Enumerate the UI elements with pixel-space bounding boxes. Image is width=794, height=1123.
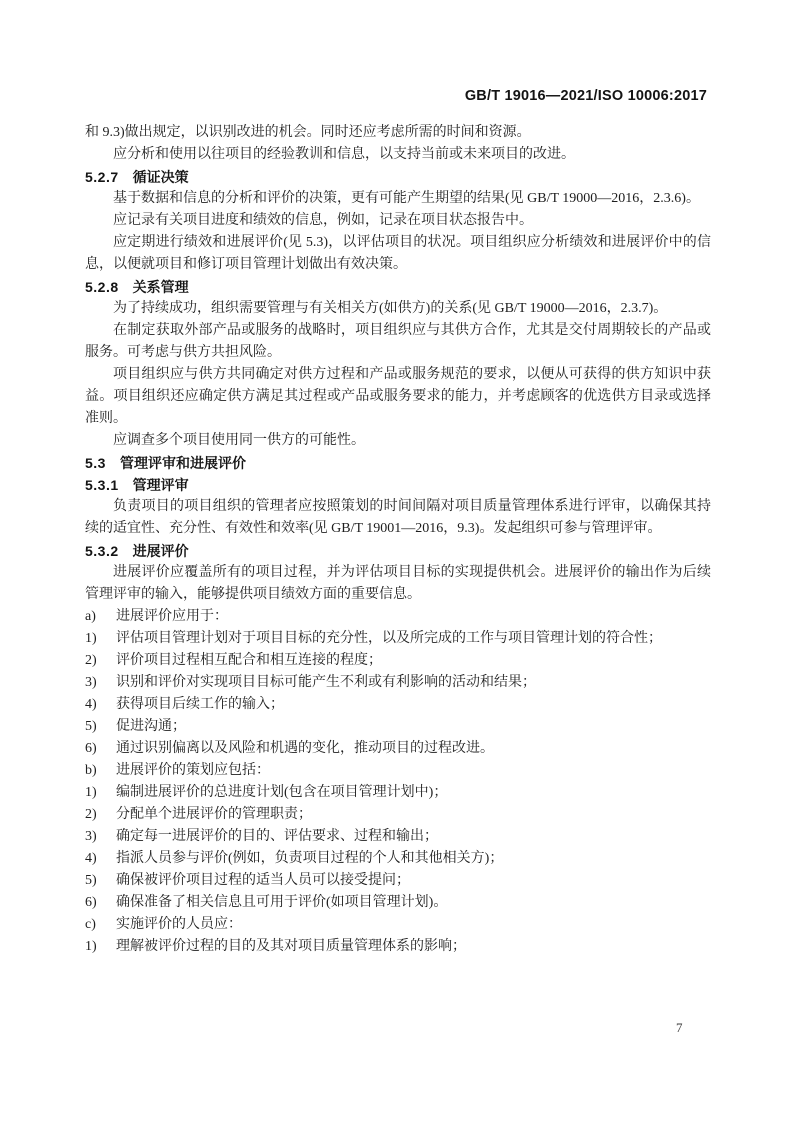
list-item-label: 5)	[85, 716, 106, 738]
list-item-number: 1)编制进展评价的总进度计划(包含在项目管理计划中)；	[85, 782, 711, 804]
list-item-label: 4)	[85, 848, 106, 870]
section-heading: 5.2.7循证决策	[85, 166, 711, 188]
document-page: GB/T 19016—2021/ISO 10006:2017 和 9.3)做出规…	[0, 0, 794, 1123]
body-paragraph: 进展评价应覆盖所有的项目过程，并为评估项目目标的实现提供机会。进展评价的输出作为…	[85, 562, 711, 606]
list-item-number: 5)促进沟通；	[85, 716, 711, 738]
body-paragraph: 基于数据和信息的分析和评价的决策，更有可能产生期望的结果(见 GB/T 1900…	[85, 188, 711, 210]
list-item-text: 实施评价的人员应：	[116, 917, 242, 932]
list-item-text: 指派人员参与评价(例如，负责项目过程的个人和其他相关方)；	[116, 851, 503, 866]
list-item-text: 分配单个进展评价的管理职责；	[116, 807, 312, 822]
list-item-number: 3)确定每一进展评价的目的、评估要求、过程和输出；	[85, 826, 711, 848]
list-item-letter: a)进展评价应用于：	[85, 606, 711, 628]
body-paragraph: 应分析和使用以往项目的经验教训和信息，以支持当前或未来项目的改进。	[85, 144, 711, 166]
section-title: 管理评审	[133, 477, 189, 493]
list-item-text: 获得项目后续工作的输入；	[116, 697, 284, 712]
body-paragraph: 和 9.3)做出规定，以识别改进的机会。同时还应考虑所需的时间和资源。	[85, 122, 711, 144]
section-heading: 5.3管理评审和进展评价	[85, 452, 711, 474]
list-item-number: 1)理解被评价过程的目的及其对项目质量管理体系的影响；	[85, 936, 711, 958]
section-number: 5.3	[85, 455, 106, 471]
section-heading: 5.3.2进展评价	[85, 540, 711, 562]
list-item-label: a)	[85, 606, 106, 628]
list-item-label: 1)	[85, 782, 106, 804]
list-item-text: 评估项目管理计划对于项目目标的充分性，以及所完成的工作与项目管理计划的符合性；	[116, 631, 662, 646]
list-item-text: 确保被评价项目过程的适当人员可以接受提问；	[116, 873, 410, 888]
section-number: 5.2.8	[85, 279, 119, 295]
list-item-label: 4)	[85, 694, 106, 716]
section-title: 进展评价	[133, 543, 189, 559]
list-item-label: 6)	[85, 892, 106, 914]
list-item-number: 5)确保被评价项目过程的适当人员可以接受提问；	[85, 870, 711, 892]
list-item-number: 2)评价项目过程相互配合和相互连接的程度；	[85, 650, 711, 672]
list-item-text: 确保准备了相关信息且可用于评价(如项目管理计划)。	[116, 895, 447, 910]
section-title: 循证决策	[133, 169, 189, 185]
list-item-label: c)	[85, 914, 106, 936]
body-paragraph: 在制定获取外部产品或服务的战略时，项目组织应与其供方合作，尤其是交付周期较长的产…	[85, 320, 711, 364]
list-item-label: 2)	[85, 804, 106, 826]
body-paragraph: 项目组织应与供方共同确定对供方过程和产品或服务规范的要求，以便从可获得的供方知识…	[85, 364, 711, 430]
page-number: 7	[676, 1020, 683, 1036]
body-paragraph: 为了持续成功，组织需要管理与有关相关方(如供方)的关系(见 GB/T 19000…	[85, 298, 711, 320]
section-heading: 5.3.1管理评审	[85, 474, 711, 496]
section-number: 5.3.2	[85, 543, 119, 559]
list-item-text: 进展评价应用于：	[116, 609, 228, 624]
list-item-label: 1)	[85, 936, 106, 958]
list-item-text: 进展评价的策划应包括：	[116, 763, 270, 778]
section-heading: 5.2.8关系管理	[85, 276, 711, 298]
list-item-text: 编制进展评价的总进度计划(包含在项目管理计划中)；	[116, 785, 447, 800]
list-item-label: 6)	[85, 738, 106, 760]
list-item-label: 2)	[85, 650, 106, 672]
list-item-number: 6)确保准备了相关信息且可用于评价(如项目管理计划)。	[85, 892, 711, 914]
list-item-number: 2)分配单个进展评价的管理职责；	[85, 804, 711, 826]
list-item-number: 4)指派人员参与评价(例如，负责项目过程的个人和其他相关方)；	[85, 848, 711, 870]
list-item-letter: c)实施评价的人员应：	[85, 914, 711, 936]
document-content: 和 9.3)做出规定，以识别改进的机会。同时还应考虑所需的时间和资源。应分析和使…	[85, 122, 711, 958]
body-paragraph: 应定期进行绩效和进展评价(见 5.3)，以评估项目的状况。项目组织应分析绩效和进…	[85, 232, 711, 276]
list-item-number: 1)评估项目管理计划对于项目目标的充分性，以及所完成的工作与项目管理计划的符合性…	[85, 628, 711, 650]
list-item-label: 3)	[85, 672, 106, 694]
list-item-label: 5)	[85, 870, 106, 892]
list-item-number: 6)通过识别偏离以及风险和机遇的变化，推动项目的过程改进。	[85, 738, 711, 760]
list-item-text: 评价项目过程相互配合和相互连接的程度；	[116, 653, 382, 668]
list-item-text: 促进沟通；	[116, 719, 186, 734]
list-item-label: b)	[85, 760, 106, 782]
section-title: 管理评审和进展评价	[120, 455, 246, 471]
body-paragraph: 应调查多个项目使用同一供方的可能性。	[85, 430, 711, 452]
list-item-text: 确定每一进展评价的目的、评估要求、过程和输出；	[116, 829, 438, 844]
body-paragraph: 应记录有关项目进度和绩效的信息，例如，记录在项目状态报告中。	[85, 210, 711, 232]
list-item-number: 4)获得项目后续工作的输入；	[85, 694, 711, 716]
section-number: 5.2.7	[85, 169, 119, 185]
list-item-text: 通过识别偏离以及风险和机遇的变化，推动项目的过程改进。	[116, 741, 494, 756]
list-item-letter: b)进展评价的策划应包括：	[85, 760, 711, 782]
list-item-text: 识别和评价对实现项目目标可能产生不利或有利影响的活动和结果；	[116, 675, 536, 690]
list-item-number: 3)识别和评价对实现项目目标可能产生不利或有利影响的活动和结果；	[85, 672, 711, 694]
section-number: 5.3.1	[85, 477, 119, 493]
running-head-standard-code: GB/T 19016—2021/ISO 10006:2017	[85, 88, 707, 104]
list-item-label: 1)	[85, 628, 106, 650]
body-paragraph: 负责项目的项目组织的管理者应按照策划的时间间隔对项目质量管理体系进行评审，以确保…	[85, 496, 711, 540]
section-title: 关系管理	[133, 279, 189, 295]
list-item-label: 3)	[85, 826, 106, 848]
list-item-text: 理解被评价过程的目的及其对项目质量管理体系的影响；	[116, 939, 466, 954]
